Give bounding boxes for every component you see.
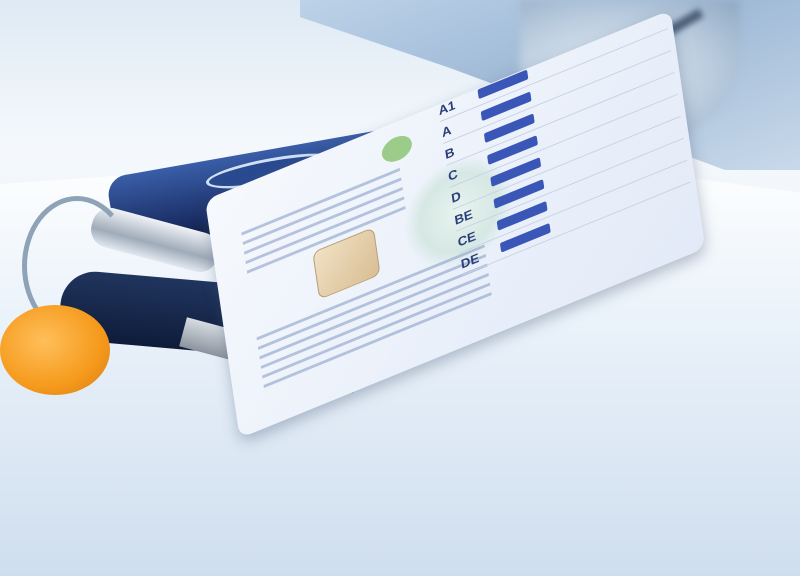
orange-key-tag xyxy=(0,305,110,395)
